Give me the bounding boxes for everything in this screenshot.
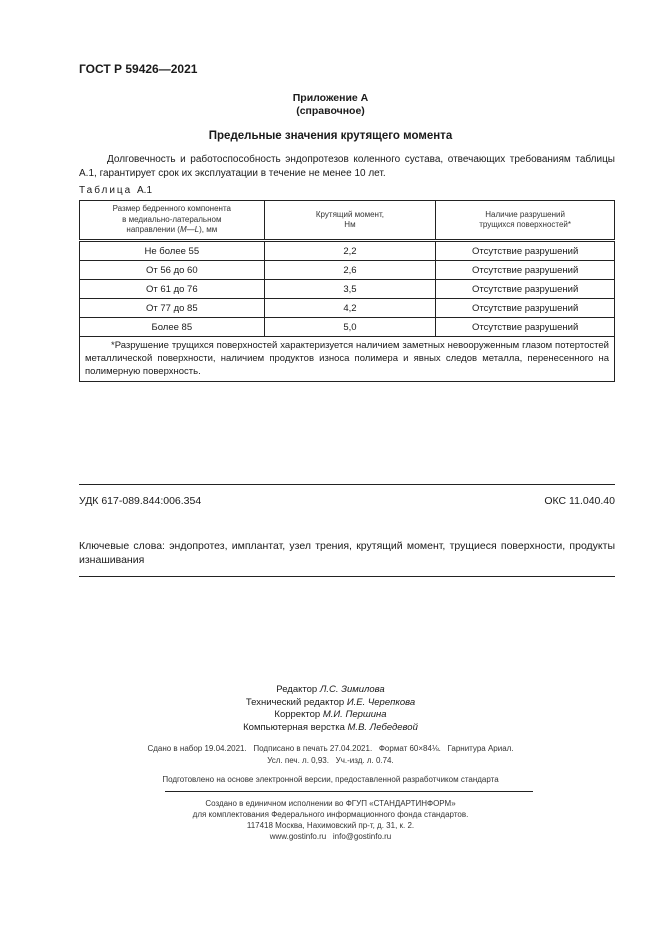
publisher-block: Создано в единичном исполнении во ФГУП «… bbox=[0, 798, 661, 842]
credit-name: И.Е. Черепкова bbox=[347, 697, 415, 708]
header-torque-line1: Крутящий момент, bbox=[316, 210, 384, 219]
publisher-line1: Создано в единичном исполнении во ФГУП «… bbox=[0, 798, 661, 809]
table-header-row: Размер бедренного компонента в медиально… bbox=[80, 201, 615, 241]
torque-limits-table: Размер бедренного компонента в медиально… bbox=[79, 200, 615, 382]
header-damage-line1: Наличие разрушений bbox=[485, 210, 565, 219]
cell-torque: 3,5 bbox=[264, 280, 436, 299]
table-label-number: А.1 bbox=[137, 185, 152, 196]
section-title: Предельные значения крутящего момента bbox=[0, 130, 661, 142]
appendix-kind: (справочное) bbox=[0, 105, 661, 118]
cell-size: От 56 до 60 bbox=[80, 261, 265, 280]
table-row: Более 85 5,0 Отсутствие разрушений bbox=[80, 318, 615, 337]
cell-torque: 2,6 bbox=[264, 261, 436, 280]
credit-role: Корректор bbox=[274, 709, 320, 720]
header-torque: Крутящий момент, Нм bbox=[264, 201, 436, 241]
table-footnote-row: *Разрушение трущихся поверхностей характ… bbox=[80, 337, 615, 382]
header-size-axis: M—L bbox=[180, 225, 199, 234]
cell-damage: Отсутствие разрушений bbox=[436, 318, 615, 337]
cell-size: От 61 до 76 bbox=[80, 280, 265, 299]
table-row: От 77 до 85 4,2 Отсутствие разрушений bbox=[80, 299, 615, 318]
publisher-line2: для комплектования Федерального информац… bbox=[0, 809, 661, 820]
header-torque-unit: Нм bbox=[344, 220, 355, 229]
header-size-line3-pre: направлении ( bbox=[126, 225, 180, 234]
cell-damage: Отсутствие разрушений bbox=[436, 241, 615, 261]
appendix-title: Приложение А bbox=[0, 92, 661, 105]
credit-role: Технический редактор bbox=[246, 697, 344, 708]
table-row: Не более 55 2,2 Отсутствие разрушений bbox=[80, 241, 615, 261]
credit-tech-editor: Технический редактор И.Е. Черепкова bbox=[0, 697, 661, 710]
cell-size: От 77 до 85 bbox=[80, 299, 265, 318]
table-row: От 56 до 60 2,6 Отсутствие разрушений bbox=[80, 261, 615, 280]
cell-size: Не более 55 bbox=[80, 241, 265, 261]
print-info-line2: Усл. печ. л. 0,93. Уч.-изд. л. 0.74. bbox=[0, 755, 661, 767]
header-damage-line2: трущихся поверхностей* bbox=[479, 220, 571, 229]
credit-corrector: Корректор М.И. Першина bbox=[0, 709, 661, 722]
table-footnote-text: *Разрушение трущихся поверхностей характ… bbox=[85, 340, 609, 377]
intro-paragraph-text: Долговечность и работоспособность эндопр… bbox=[79, 154, 615, 179]
prepared-note: Подготовлено на основе электронной верси… bbox=[0, 775, 661, 784]
credit-role: Компьютерная верстка bbox=[243, 722, 345, 733]
publisher-address: 117418 Москва, Нахимовский пр-т, д. 31, … bbox=[0, 820, 661, 831]
standard-code: ГОСТ Р 59426—2021 bbox=[79, 62, 197, 76]
divider-keywords bbox=[79, 576, 615, 577]
cell-size: Более 85 bbox=[80, 318, 265, 337]
udk-code: УДК 617-089.844:006.354 bbox=[79, 495, 201, 507]
table-label: Таблица А.1 bbox=[79, 185, 152, 196]
header-size: Размер бедренного компонента в медиально… bbox=[80, 201, 265, 241]
cell-torque: 5,0 bbox=[264, 318, 436, 337]
cell-torque: 2,2 bbox=[264, 241, 436, 261]
publisher-contacts: www.gostinfo.ru info@gostinfo.ru bbox=[0, 831, 661, 842]
cell-damage: Отсутствие разрушений bbox=[436, 280, 615, 299]
credit-editor: Редактор Л.С. Зимилова bbox=[0, 684, 661, 697]
header-size-line1: Размер бедренного компонента bbox=[113, 204, 231, 213]
credit-name: Л.С. Зимилова bbox=[320, 684, 385, 695]
oks-code: ОКС 11.040.40 bbox=[544, 495, 615, 507]
print-info: Сдано в набор 19.04.2021. Подписано в пе… bbox=[0, 743, 661, 767]
cell-torque: 4,2 bbox=[264, 299, 436, 318]
header-damage: Наличие разрушений трущихся поверхностей… bbox=[436, 201, 615, 241]
cell-damage: Отсутствие разрушений bbox=[436, 261, 615, 280]
keywords: Ключевые слова: эндопротез, имплантат, у… bbox=[79, 539, 615, 567]
table-footnote: *Разрушение трущихся поверхностей характ… bbox=[80, 337, 615, 382]
divider-top bbox=[79, 484, 615, 485]
print-info-line1: Сдано в набор 19.04.2021. Подписано в пе… bbox=[0, 743, 661, 755]
table-label-word: Таблица bbox=[79, 185, 132, 196]
table-row: От 61 до 76 3,5 Отсутствие разрушений bbox=[80, 280, 615, 299]
intro-paragraph: Долговечность и работоспособность эндопр… bbox=[79, 153, 615, 180]
cell-damage: Отсутствие разрушений bbox=[436, 299, 615, 318]
credits-block: Редактор Л.С. Зимилова Технический редак… bbox=[0, 684, 661, 734]
credit-name: М.В. Лебедевой bbox=[348, 722, 418, 733]
credit-name: М.И. Першина bbox=[323, 709, 387, 720]
credit-role: Редактор bbox=[276, 684, 317, 695]
divider-publisher bbox=[165, 791, 533, 792]
header-size-unit: ), мм bbox=[199, 225, 217, 234]
header-size-line2: в медиально-латеральном bbox=[122, 215, 221, 224]
credit-layout: Компьютерная верстка М.В. Лебедевой bbox=[0, 722, 661, 735]
